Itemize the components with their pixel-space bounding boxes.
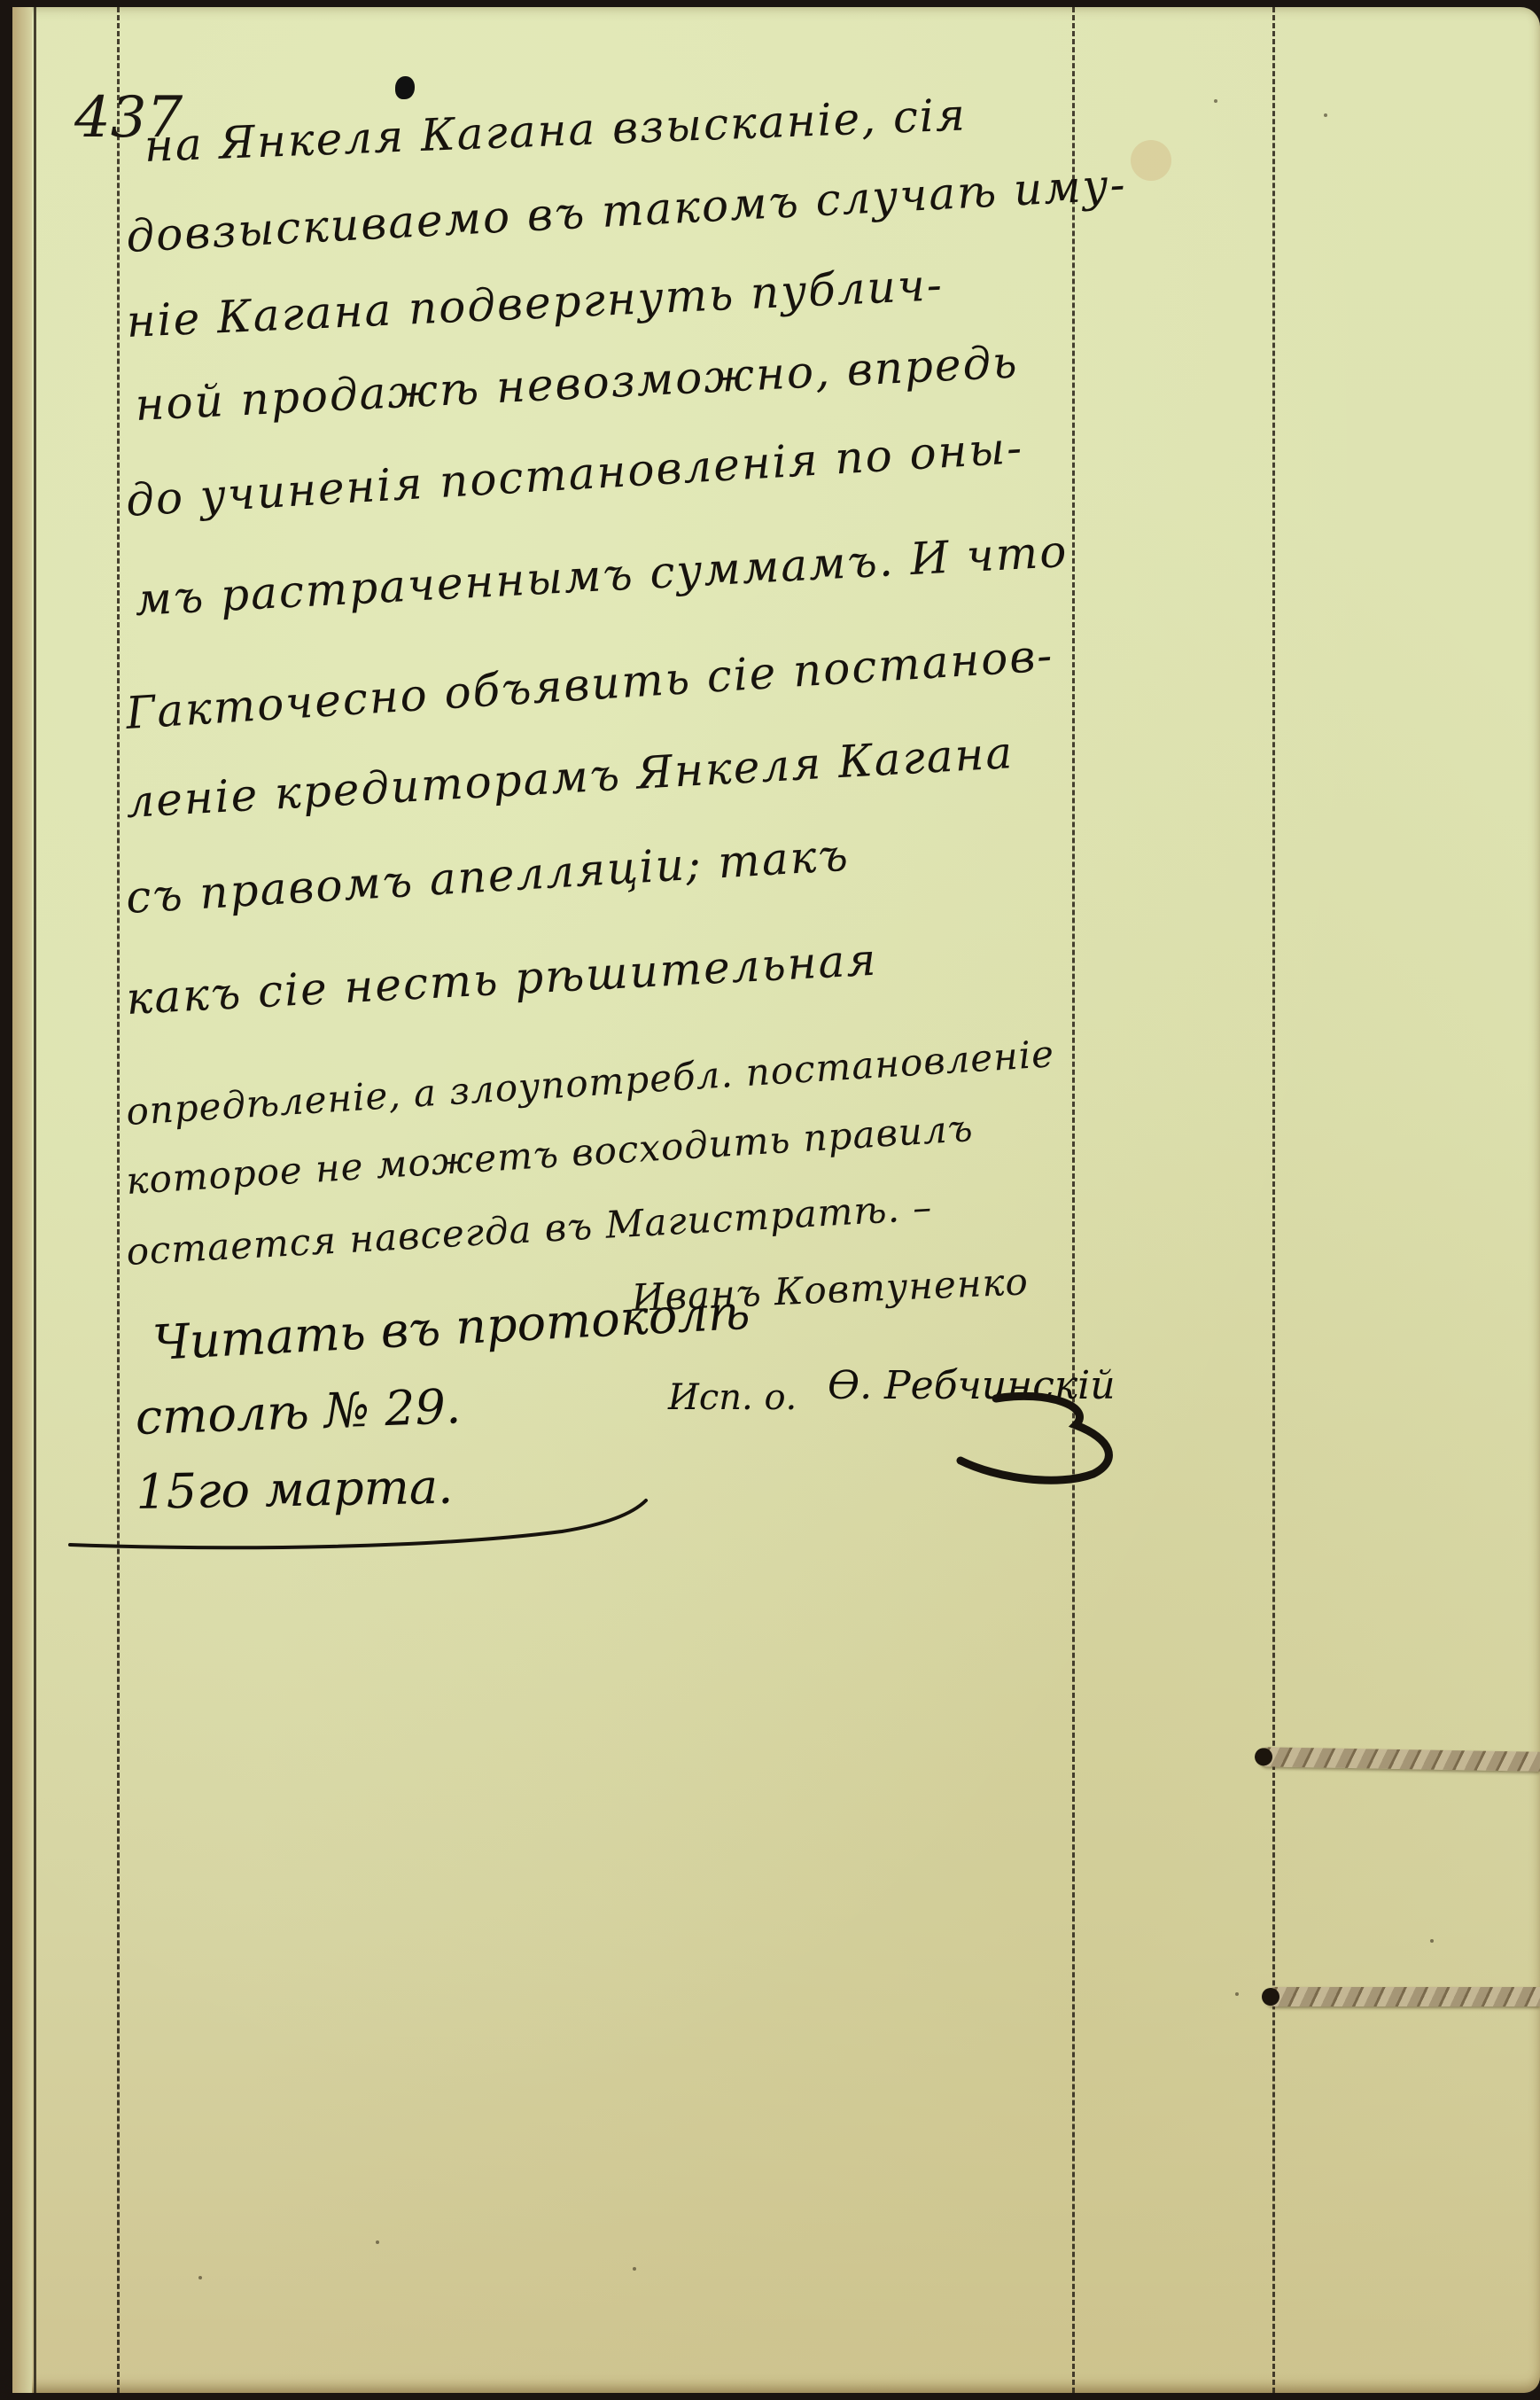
body-line: остается навсегда въ Магистратѣ. – <box>125 1185 933 1274</box>
margin-rule-inner <box>117 7 120 2393</box>
marginal-note-line: Читать въ протоколѣ <box>152 1284 751 1371</box>
page-left-edge <box>12 7 32 2393</box>
body-line: ной продажѣ невозможно, впредь <box>134 336 1019 431</box>
marginal-note-underline <box>66 1496 650 1567</box>
binding-twine-upper <box>1258 1747 1540 1772</box>
paper-speck <box>633 2267 636 2271</box>
body-line: какъ сіе несть рѣшительная <box>125 934 879 1025</box>
body-line: ніе Кагана подвергнуть публич- <box>125 259 945 347</box>
body-line: на Янкеля Кагана взысканіе, сія <box>144 89 968 172</box>
margin-rule-outer <box>34 7 36 2393</box>
paper-speck <box>198 2276 202 2279</box>
body-line: съ правомъ апелляціи; такъ <box>125 830 852 923</box>
document-page: 437 на Янкеля Кагана взысканіе, сія довз… <box>12 7 1540 2393</box>
paper-speck <box>1214 99 1217 103</box>
paper-stain <box>1131 140 1171 181</box>
paper-speck <box>1235 1992 1239 1996</box>
signature-flourish <box>943 1390 1120 1487</box>
body-line: мъ растраченнымъ суммамъ. И что <box>134 526 1069 626</box>
body-line: довзыскиваемо въ такомъ случаѣ иму- <box>125 159 1128 262</box>
body-line: леніе кредиторамъ Янкеля Кагана <box>125 727 1015 828</box>
binding-twine-lower <box>1265 1987 1540 2006</box>
ink-blot <box>395 76 415 99</box>
body-line: до учиненія постановленія по оны- <box>125 422 1025 526</box>
body-line: Гакточесно объявить сіе постанов- <box>124 629 1054 739</box>
paper-speck <box>1324 113 1327 117</box>
paper-speck <box>1430 1939 1434 1943</box>
column-rule-left <box>1072 7 1075 2393</box>
column-rule-right <box>1272 7 1275 2393</box>
signature-clerk-prefix: Исп. о. <box>668 1377 797 1418</box>
paper-speck <box>376 2240 379 2244</box>
marginal-note-line: столѣ № 29. <box>135 1378 462 1445</box>
